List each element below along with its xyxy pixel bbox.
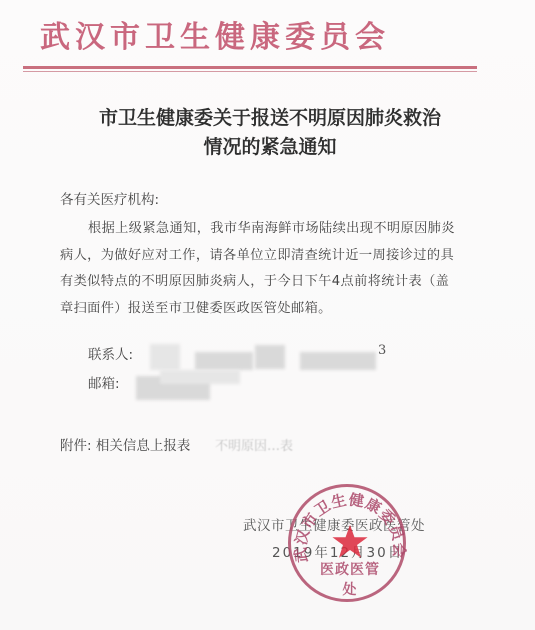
title-line-1: 市卫生健康委关于报送不明原因肺炎救治 [30, 104, 510, 133]
title-line-2: 情况的紧急通知 [30, 133, 510, 162]
redaction-block [255, 345, 285, 369]
body-paragraph: 根据上级紧急通知，我市华南海鲜市场陆续出现不明原因肺炎病人，为做好应对工作，请各… [60, 216, 460, 322]
seal-star-icon [331, 523, 369, 561]
redaction-block [300, 352, 376, 370]
contact-phone-tail: 3 [378, 343, 386, 358]
document-title: 市卫生健康委关于报送不明原因肺炎救治 情况的紧急通知 [30, 104, 510, 162]
letterhead-title: 武汉市卫生健康委员会 [40, 18, 480, 58]
redaction-block [195, 352, 253, 370]
attachment-ghost-text: 不明原因…表 [215, 435, 293, 454]
contact-label: 联系人: [88, 343, 133, 363]
letterhead-rule-thick [23, 66, 477, 69]
redaction-block [160, 370, 240, 384]
official-seal: 武汉市卫生健康委员会 医政医管处 [288, 484, 406, 602]
redaction-block [150, 344, 180, 370]
salutation: 各有关医疗机构: [60, 188, 159, 208]
attachment-line: 附件: 相关信息上报表 [60, 434, 190, 454]
email-label: 邮箱: [88, 372, 120, 392]
letterhead-rule-thin [23, 71, 477, 72]
document-page: 武汉市卫生健康委员会 市卫生健康委关于报送不明原因肺炎救治 情况的紧急通知 各有… [0, 0, 535, 630]
seal-bottom-text: 医政医管处 [317, 559, 383, 599]
